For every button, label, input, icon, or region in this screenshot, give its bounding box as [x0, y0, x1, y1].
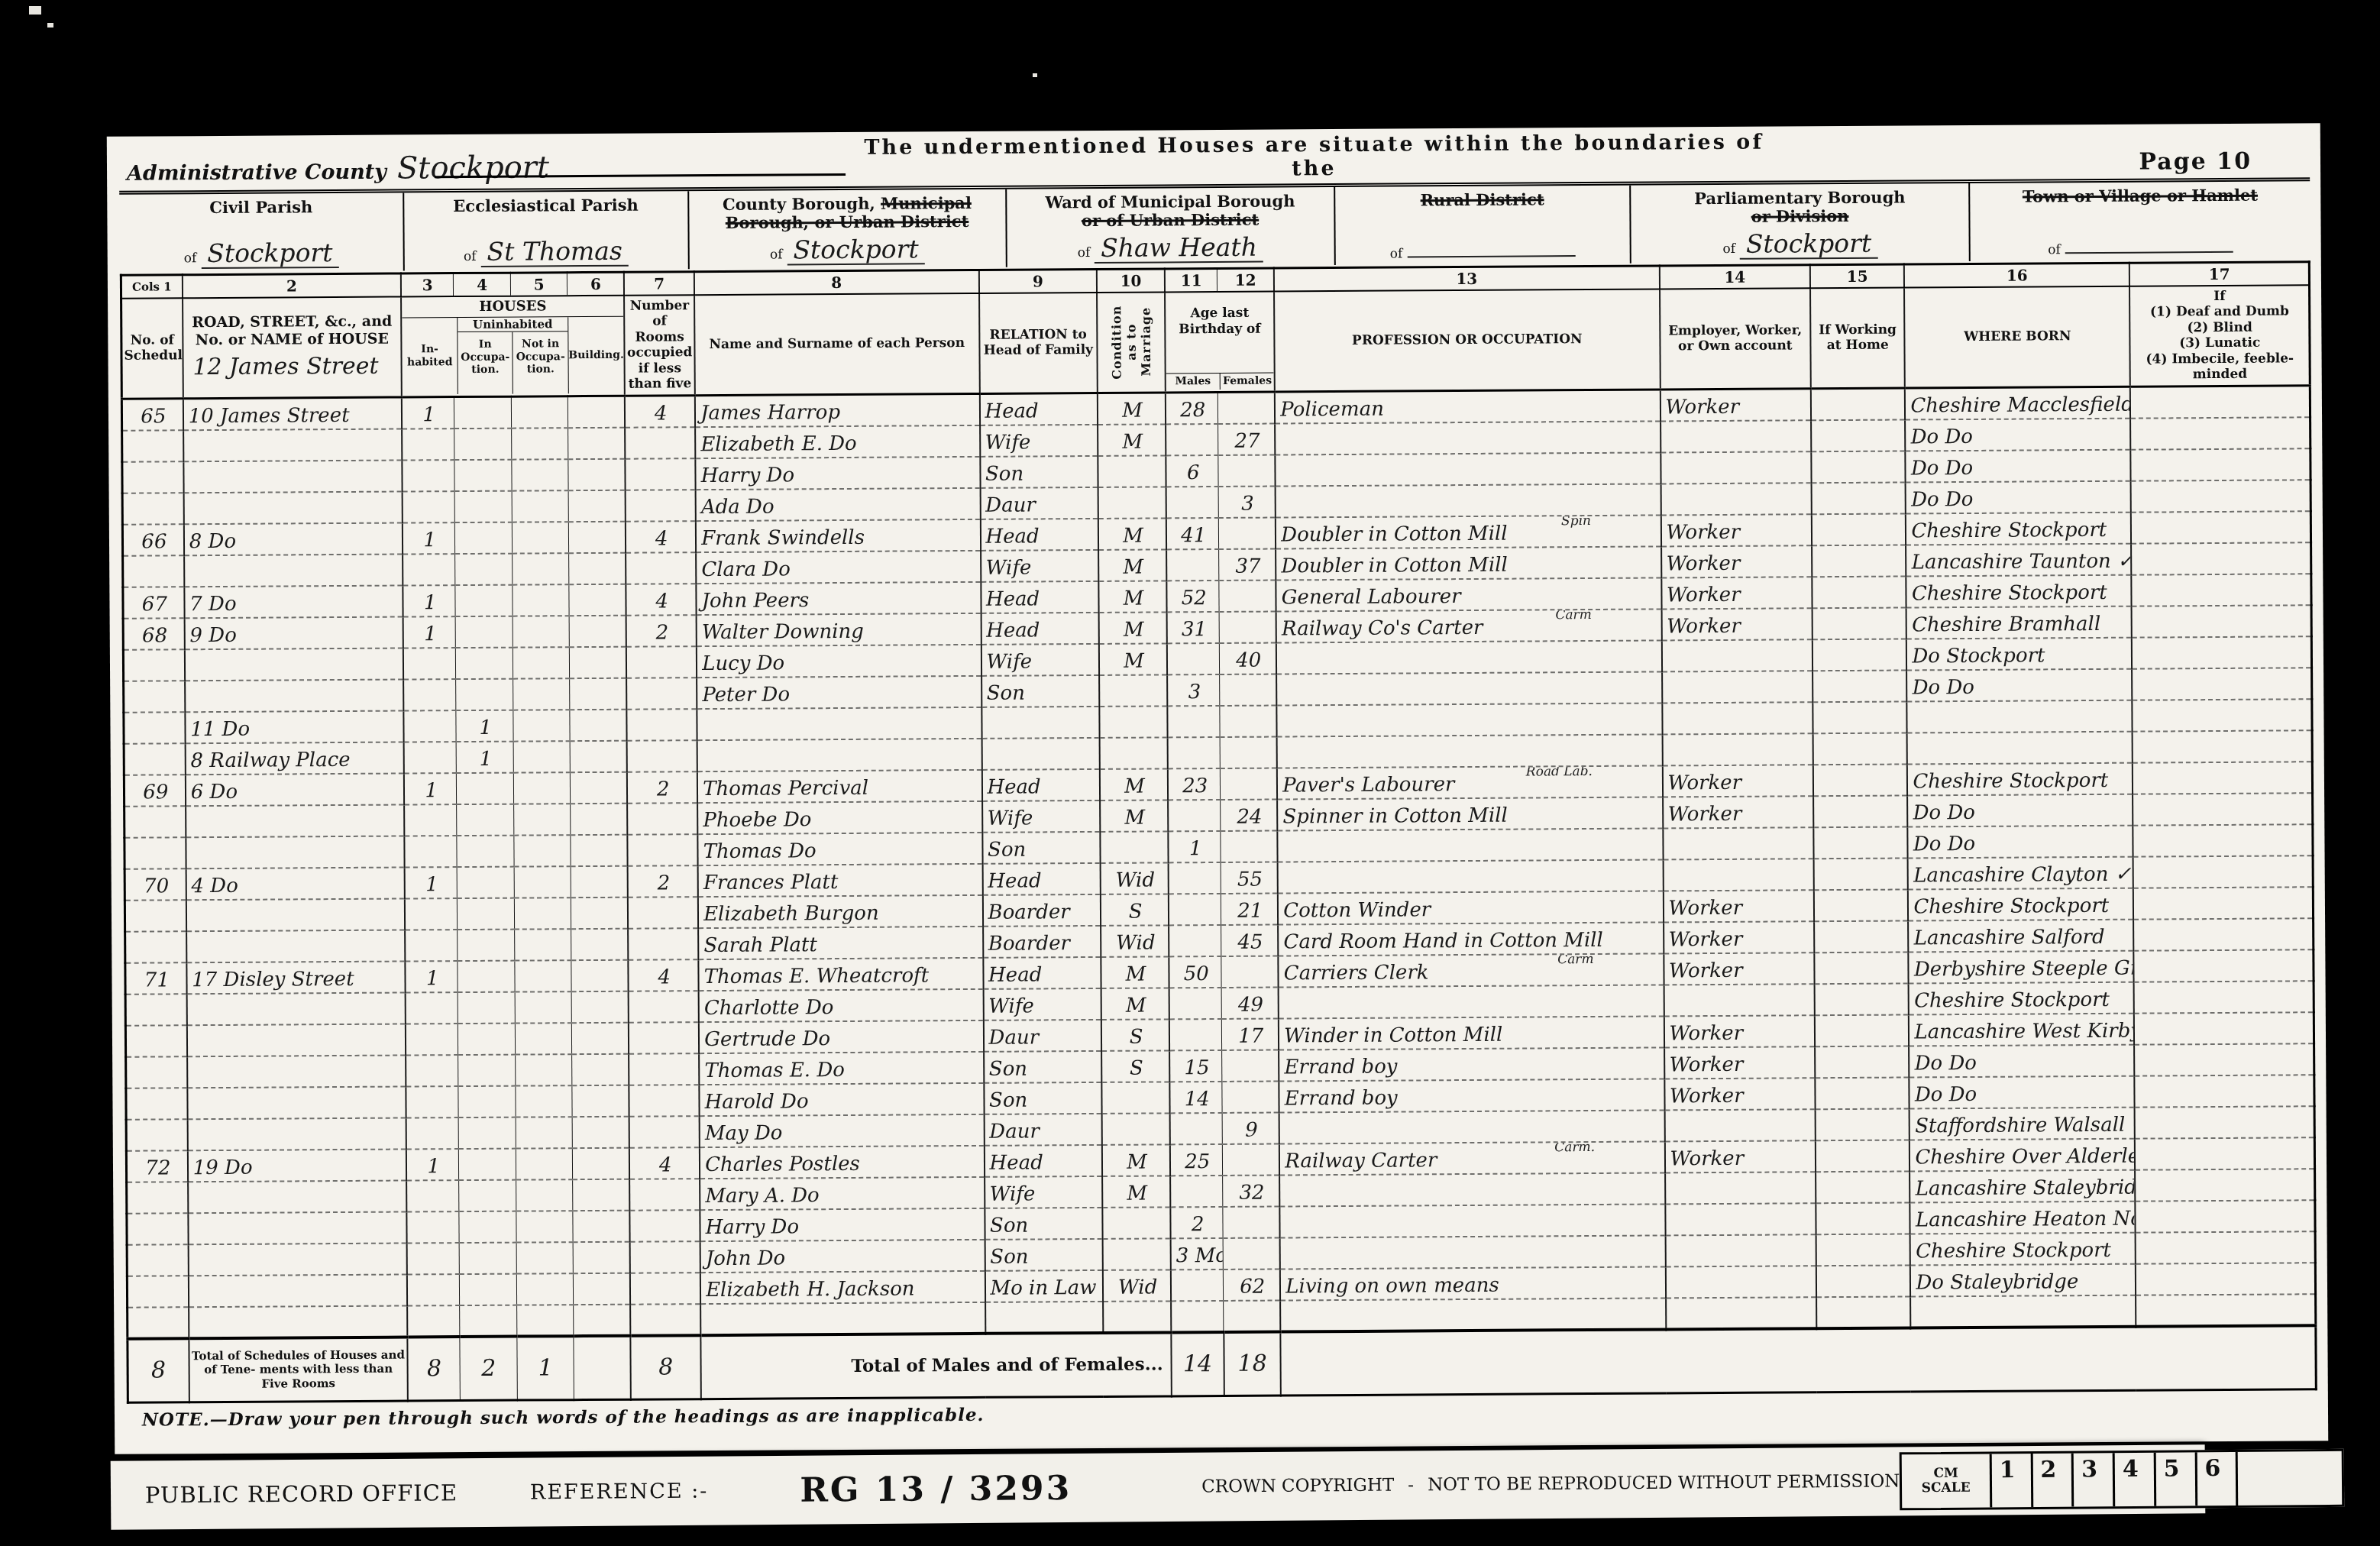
- cell-rooms: 2: [628, 865, 698, 898]
- cell-working-home: [1812, 513, 1906, 545]
- cell-rooms: 4: [626, 521, 696, 553]
- cell-building: [571, 928, 629, 959]
- town-village-value: [2065, 250, 2233, 254]
- cell-inhabited: [407, 1305, 460, 1337]
- cell-schedule-no: [126, 1088, 187, 1119]
- cell-uninhabited-not-occ: [513, 584, 570, 616]
- cell-working-home: [1814, 858, 1908, 890]
- cell-relation: [981, 706, 1100, 738]
- cell-condition: [1102, 1082, 1170, 1114]
- total-in-occupation: 2: [460, 1336, 517, 1400]
- cell-age-male: 31: [1167, 611, 1220, 642]
- cell-employer: Worker: [1664, 1078, 1816, 1110]
- cell-occupation: [1276, 452, 1661, 486]
- cell-rooms: [630, 1273, 700, 1305]
- cell-uninhabited-not-occ: [513, 710, 571, 741]
- scale-box: 6: [2194, 1452, 2236, 1506]
- cell-working-home: [1816, 1265, 1910, 1297]
- cell-uninhabited-in-occ: [460, 1305, 517, 1336]
- cell-inhabited: 1: [403, 585, 456, 616]
- census-table: Cols 1 2 3 4 5 6 7 8 9 10 11 12 13 14 15…: [120, 260, 2317, 1403]
- cell-rooms: [627, 678, 697, 710]
- cell-relation: Boarder: [982, 894, 1101, 926]
- col-number: 7: [624, 272, 694, 296]
- cell-working-home: [1814, 826, 1908, 859]
- cell-address: [186, 804, 405, 837]
- cell-employer: [1663, 859, 1814, 891]
- cell-age-male: 3 Mo: [1171, 1237, 1224, 1269]
- cell-condition: M: [1098, 518, 1166, 550]
- cell-rooms: [626, 427, 696, 459]
- cell-condition: [1102, 1113, 1170, 1145]
- cell-relation: Son: [984, 1082, 1102, 1114]
- cell-building: [574, 1304, 631, 1335]
- underline-rule: [435, 150, 846, 178]
- cell-condition: [1098, 487, 1166, 519]
- cell-relation: Son: [984, 1050, 1102, 1082]
- cell-age-male: [1167, 705, 1220, 736]
- total-females: 18: [1224, 1331, 1281, 1396]
- cell-employer: [1662, 671, 1813, 703]
- cell-inhabited: [403, 554, 455, 585]
- cell-relation: Wife: [981, 643, 1099, 675]
- cell-uninhabited-in-occ: [454, 459, 512, 490]
- cell-where-born: Cheshire Stockport: [1906, 512, 2131, 545]
- cell-age-female: [1223, 1143, 1280, 1175]
- cell-person-name: Frank Swindells: [696, 519, 981, 551]
- cell-inhabited: 1: [406, 961, 458, 992]
- civil-parish-box: Civil Parish ofStockport: [119, 192, 404, 272]
- cell-schedule-no: [127, 1276, 188, 1307]
- cell-address: 11 Do: [185, 710, 404, 743]
- cell-building: [574, 1273, 631, 1304]
- cell-person-name: Frances Platt: [698, 863, 983, 896]
- cell-building: [571, 834, 628, 865]
- cell-address: [187, 1055, 406, 1088]
- cell-uninhabited-in-occ: [459, 1179, 516, 1211]
- cell-address: [189, 1274, 408, 1307]
- cell-rooms: [627, 740, 697, 772]
- cell-uninhabited-not-occ: [513, 616, 570, 647]
- cell-relation: Son: [980, 455, 1098, 487]
- cell-inhabited: [403, 679, 456, 710]
- cell-uninhabited-not-occ: [514, 835, 571, 866]
- cell-schedule-no: [124, 837, 186, 868]
- cm-scale-ruler: CM SCALE 1 2 3 4 5 6: [1900, 1449, 2344, 1511]
- cell-rooms: [628, 897, 698, 929]
- cell-condition: M: [1099, 612, 1167, 644]
- cell-infirmity: [2134, 949, 2314, 982]
- cell-infirmity: [2131, 511, 2310, 543]
- cell-condition: M: [1098, 424, 1166, 456]
- cell-condition: M: [1098, 393, 1166, 425]
- cell-where-born: Do Do: [1908, 825, 2133, 858]
- col-number: 14: [1659, 265, 1810, 289]
- cell-person-name: [697, 738, 982, 771]
- cell-building: [573, 1147, 630, 1179]
- cell-uninhabited-not-occ: [514, 898, 571, 929]
- cell-uninhabited-in-occ: [458, 929, 515, 960]
- cell-inhabited: [407, 1274, 460, 1305]
- cell-occupation: CarmCarriers Clerk: [1279, 953, 1664, 987]
- civil-parish-value: Stockport: [201, 240, 338, 269]
- situate-line: The undermentioned Houses are situate wi…: [846, 130, 1783, 183]
- cell-age-female: [1222, 1050, 1279, 1081]
- cell-infirmity: [2133, 668, 2312, 700]
- cell-employer: [1662, 702, 1813, 734]
- cell-schedule-no: 68: [123, 618, 184, 649]
- scale-box: 3: [2071, 1453, 2113, 1506]
- census-table-body: 6510 James Street14James HarropHeadM28Po…: [121, 386, 2315, 1338]
- col-number: 15: [1810, 264, 1904, 288]
- cell-occupation: [1279, 985, 1664, 1018]
- cell-person-name: Clara Do: [696, 550, 981, 583]
- cell-schedule-no: [126, 1056, 187, 1088]
- cell-uninhabited-not-occ: [513, 553, 570, 584]
- cell-rooms: [629, 1085, 700, 1117]
- cell-condition: M: [1102, 1176, 1170, 1208]
- cell-occupation: General Labourer: [1276, 577, 1661, 611]
- occupation-annotation: Spin: [1561, 515, 1591, 528]
- header-road: ROAD, STREET, &c., and No. or NAME of HO…: [183, 296, 402, 399]
- cell-age-male: 14: [1169, 1081, 1222, 1112]
- cell-working-home: [1812, 482, 1906, 514]
- cell-inhabited: [405, 898, 458, 930]
- cell-where-born: Cheshire Macclesfield: [1905, 386, 2130, 419]
- cell-address: 8 Railway Place: [185, 742, 404, 775]
- cell-address: [186, 992, 406, 1025]
- cell-schedule-no: 65: [121, 399, 183, 430]
- cell-occupation: Winder in Cotton Mill: [1279, 1016, 1664, 1050]
- cell-address: 17 Disley Street: [186, 961, 406, 994]
- separator-dash: -: [1408, 1475, 1414, 1495]
- cell-rooms: [630, 1241, 700, 1273]
- cell-uninhabited-not-occ: [513, 741, 571, 772]
- town-village-box: Town or Village or Hamlet of: [1971, 181, 2310, 261]
- cell-relation: Wife: [982, 800, 1101, 832]
- county-borough-value: Stockport: [787, 236, 924, 265]
- cell-age-female: 24: [1221, 799, 1278, 830]
- cell-uninhabited-in-occ: [456, 616, 513, 647]
- cell-rooms: [627, 709, 697, 741]
- ward-value: Shaw Heath: [1095, 234, 1263, 264]
- cell-employer: [1662, 733, 1813, 765]
- cell-where-born: Do Do: [1907, 794, 2133, 826]
- cell-occupation: Errand boy: [1279, 1079, 1664, 1112]
- cell-occupation: [1276, 640, 1661, 674]
- cell-infirmity: [2133, 824, 2313, 856]
- col-number: 5: [510, 273, 568, 296]
- cell-building: [573, 1179, 630, 1210]
- cell-uninhabited-in-occ: [460, 1273, 517, 1305]
- cell-where-born: Cheshire Stockport: [1906, 574, 2132, 607]
- cell-employer: Worker: [1661, 545, 1812, 577]
- header-condition: Condition as to Marriage: [1097, 292, 1166, 393]
- cell-inhabited: 1: [403, 616, 456, 648]
- cell-uninhabited-in-occ: [458, 960, 515, 991]
- civil-parish-title: Civil Parish: [125, 198, 396, 218]
- cell-age-female: 40: [1220, 642, 1277, 674]
- cell-condition: [1098, 455, 1166, 487]
- cell-building: [568, 427, 626, 458]
- cell-person-name: Mary A. Do: [700, 1176, 985, 1209]
- cell-person-name: [697, 707, 981, 739]
- cell-infirmity: [2136, 1231, 2315, 1263]
- cell-uninhabited-in-occ: [455, 553, 513, 584]
- header-females: Females: [1221, 374, 1274, 390]
- rural-district-box: Rural District of: [1335, 186, 1631, 265]
- cell-rooms: 2: [626, 615, 697, 647]
- cell-uninhabited-in-occ: [458, 991, 516, 1023]
- cell-inhabited: [404, 710, 457, 742]
- cell-uninhabited-not-occ: [516, 1273, 574, 1305]
- cell-employer: [1663, 827, 1814, 859]
- cell-inhabited: [405, 836, 458, 867]
- occupation-annotation: Carm: [1557, 953, 1593, 966]
- cell-occupation: [1275, 421, 1660, 454]
- cell-person-name: Thomas E. Do: [699, 1051, 984, 1084]
- scale-tail: [2236, 1451, 2343, 1506]
- cell-working-home: [1816, 1108, 1909, 1140]
- cell-occupation: [1279, 1110, 1664, 1143]
- public-record-office-label: PUBLIC RECORD OFFICE: [145, 1480, 458, 1508]
- cell-where-born: Do Do: [1906, 449, 2131, 482]
- cell-building: [571, 865, 629, 897]
- cell-condition: S: [1101, 1050, 1169, 1082]
- cell-uninhabited-not-occ: [516, 1148, 573, 1179]
- cell-schedule-no: 69: [124, 775, 185, 806]
- cell-uninhabited-in-occ: [455, 584, 513, 616]
- cell-uninhabited-not-occ: [516, 1117, 573, 1148]
- cell-rooms: [628, 834, 698, 866]
- cell-uninhabited-not-occ: [516, 1242, 574, 1273]
- ecclesiastical-parish-title: Ecclesiastical Parish: [410, 196, 681, 215]
- scale-box: 2: [2030, 1454, 2071, 1507]
- cell-address: [186, 898, 406, 931]
- cell-inhabited: [406, 1180, 459, 1211]
- cell-employer: Worker: [1662, 765, 1813, 797]
- cell-uninhabited-not-occ: [512, 522, 569, 553]
- cell-where-born: Do Do: [1906, 668, 2132, 701]
- cell-inhabited: [407, 1243, 460, 1274]
- cell-employer: Worker: [1660, 389, 1811, 421]
- cell-occupation: Errand boy: [1279, 1047, 1664, 1081]
- cols-label: Cols 1: [121, 275, 182, 298]
- occupation-annotation: Road Lab.: [1526, 765, 1593, 778]
- cell-where-born: Lancashire Salford: [1908, 919, 2133, 952]
- cell-uninhabited-not-occ: [515, 929, 572, 960]
- cell-age-female: [1221, 768, 1278, 799]
- of-label: of: [2048, 242, 2061, 257]
- total-males-females-label: Total of Males and of Females...: [700, 1332, 1171, 1399]
- cell-working-home: [1816, 1234, 1910, 1266]
- cell-schedule-no: [123, 555, 184, 587]
- cell-schedule-no: [125, 1025, 186, 1056]
- cell-building: [568, 458, 626, 490]
- cell-building: [570, 709, 627, 740]
- cell-uninhabited-in-occ: [455, 522, 513, 553]
- cell-person-name: Lucy Do: [697, 644, 981, 677]
- cell-age-male: 3: [1167, 674, 1220, 705]
- cell-building: [571, 959, 629, 991]
- cell-occupation: [1277, 734, 1662, 768]
- header-infirmity: If (1) Deaf and Dumb (2) Blind (3) Lunat…: [2129, 285, 2310, 386]
- cell-schedule-no: [124, 712, 185, 743]
- cell-person-name: Harold Do: [699, 1082, 984, 1115]
- cell-age-male: 1: [1168, 830, 1221, 862]
- cell-relation: Son: [985, 1238, 1103, 1270]
- cell-age-female: [1223, 1237, 1280, 1269]
- cell-person-name: Sarah Platt: [698, 926, 983, 959]
- cell-person-name: [700, 1302, 985, 1334]
- cell-uninhabited-not-occ: [512, 459, 569, 490]
- cell-occupation: Spinner in Cotton Mill: [1277, 797, 1662, 830]
- header-building: Building.: [568, 317, 624, 394]
- cell-person-name: Charlotte Do: [699, 988, 984, 1021]
- cell-infirmity: [2135, 1137, 2314, 1169]
- cell-relation: Head: [984, 1144, 1102, 1176]
- cell-schedule-no: 67: [123, 587, 184, 618]
- cell-working-home: [1816, 1171, 1909, 1203]
- cell-uninhabited-in-occ: [457, 835, 514, 866]
- cell-infirmity: [2136, 1294, 2316, 1326]
- cell-building: [571, 803, 628, 834]
- cell-infirmity: [2134, 1012, 2314, 1044]
- occupation-annotation: Carm: [1555, 609, 1591, 622]
- cell-occupation: [1280, 1298, 1665, 1331]
- cell-age-female: [1221, 956, 1279, 987]
- cell-rooms: [630, 1210, 700, 1242]
- cell-rooms: [629, 1116, 700, 1148]
- cell-employer: Worker: [1664, 1140, 1816, 1172]
- crown-copyright-label: CROWN COPYRIGHT: [1201, 1476, 1394, 1497]
- cell-condition: [1103, 1238, 1171, 1270]
- cell-employer: [1664, 1109, 1816, 1141]
- cell-person-name: Harry Do: [700, 1208, 985, 1240]
- cell-working-home: [1815, 1014, 1909, 1046]
- cell-age-female: 21: [1221, 893, 1279, 924]
- col-number: 6: [568, 272, 625, 295]
- cell-condition: S: [1101, 894, 1169, 926]
- ward-title: Ward of Municipal Boroughor of Urban Dis…: [1013, 192, 1327, 231]
- cell-building: [572, 1053, 629, 1085]
- cell-where-born: Do Do: [1909, 1044, 2134, 1077]
- col-number: 10: [1097, 269, 1165, 293]
- of-label: of: [770, 247, 783, 262]
- cell-working-home: [1812, 607, 1906, 639]
- cell-schedule-no: [124, 681, 185, 712]
- cell-age-female: 37: [1219, 548, 1276, 580]
- county-borough-box: County Borough, Municipal Borough, or Ur…: [689, 189, 1007, 270]
- cell-occupation: Cotton Winder: [1278, 891, 1663, 924]
- cell-where-born: Lancashire Clayton ✓: [1908, 856, 2133, 889]
- cell-address: 10 James Street: [183, 397, 403, 430]
- cell-person-name: John Do: [700, 1239, 985, 1272]
- total-not-in-occupation: 1: [517, 1336, 574, 1400]
- cell-age-male: 50: [1169, 956, 1221, 987]
- cell-age-female: 49: [1221, 987, 1279, 1018]
- cell-age-female: 9: [1222, 1112, 1279, 1143]
- cell-employer: Worker: [1664, 953, 1815, 985]
- cell-person-name: Charles Postles: [700, 1145, 985, 1178]
- cell-working-home: [1816, 1296, 1910, 1328]
- cell-building: [570, 646, 627, 678]
- cell-age-male: 41: [1166, 517, 1219, 548]
- of-label: of: [1390, 247, 1403, 262]
- cell-infirmity: [2131, 480, 2310, 512]
- cell-schedule-no: [128, 1307, 189, 1338]
- cell-inhabited: [402, 429, 454, 460]
- total-rooms: 8: [631, 1335, 701, 1400]
- header-males: Males: [1166, 374, 1221, 390]
- cell-uninhabited-in-occ: [460, 1242, 517, 1273]
- totals-empty: [1281, 1325, 2317, 1396]
- header-houses: HOUSES In-habited Uninhabited In Occupa-…: [401, 295, 625, 397]
- reference-number: RG 13 / 3293: [800, 1468, 1072, 1509]
- cell-where-born: Do Do: [1905, 418, 2130, 451]
- cell-infirmity: [2131, 417, 2310, 449]
- cell-occupation: Living on own means: [1280, 1266, 1665, 1300]
- cell-uninhabited-in-occ: [458, 866, 515, 898]
- parliamentary-borough-title: Parliamentary Boroughor Division: [1637, 188, 1963, 227]
- scan-speck: [1033, 73, 1037, 77]
- cell-rooms: [630, 1179, 700, 1211]
- cell-condition: [1099, 674, 1167, 707]
- reference-label: REFERENCE :-: [530, 1479, 709, 1504]
- cell-occupation: SpinDoubler in Cotton Mill: [1276, 515, 1661, 548]
- cell-condition: [1100, 706, 1168, 738]
- cell-uninhabited-not-occ: [517, 1305, 574, 1336]
- cell-age-male: [1169, 924, 1221, 956]
- cell-address: [187, 1117, 406, 1150]
- cell-building: [570, 615, 627, 646]
- administrative-county-label: Administrative County: [127, 160, 386, 186]
- cell-employer: [1664, 984, 1815, 1016]
- cell-age-female: [1220, 705, 1277, 736]
- cell-occupation: [1280, 1235, 1665, 1269]
- cell-person-name: Thomas Percival: [697, 769, 982, 802]
- cell-age-male: [1166, 423, 1218, 454]
- cell-age-female: [1219, 580, 1276, 611]
- cell-uninhabited-in-occ: [456, 647, 513, 678]
- cell-infirmity: [2135, 1075, 2314, 1107]
- cell-inhabited: 1: [405, 867, 458, 898]
- total-schedules-label: Total of Schedules of Houses and of Tene…: [189, 1337, 408, 1402]
- cell-inhabited: [404, 742, 457, 773]
- cell-infirmity: [2135, 1106, 2314, 1138]
- cell-employer: Worker: [1663, 796, 1814, 828]
- cell-person-name: Elizabeth E. Do: [695, 425, 980, 458]
- cell-working-home: [1812, 451, 1906, 483]
- cell-building: [573, 1210, 630, 1241]
- cell-person-name: Elizabeth Burgon: [698, 894, 983, 927]
- cell-person-name: Ada Do: [696, 487, 981, 520]
- cell-infirmity: [2133, 762, 2312, 794]
- cell-age-male: 52: [1166, 580, 1219, 611]
- cell-inhabited: [406, 992, 458, 1024]
- cell-where-born: Cheshire Stockport: [1907, 762, 2133, 795]
- cell-age-female: [1219, 611, 1276, 642]
- cell-working-home: [1813, 701, 1907, 733]
- cell-uninhabited-not-occ: [516, 1085, 573, 1117]
- cell-occupation: Doubler in Cotton Mill: [1276, 546, 1661, 580]
- cell-condition: [1101, 831, 1169, 863]
- cell-where-born: Cheshire Stockport: [1909, 982, 2134, 1014]
- cell-age-male: 2: [1170, 1206, 1223, 1237]
- cell-rooms: [631, 1304, 701, 1336]
- cell-relation: Head: [979, 393, 1098, 425]
- cell-uninhabited-not-occ: [516, 1179, 574, 1211]
